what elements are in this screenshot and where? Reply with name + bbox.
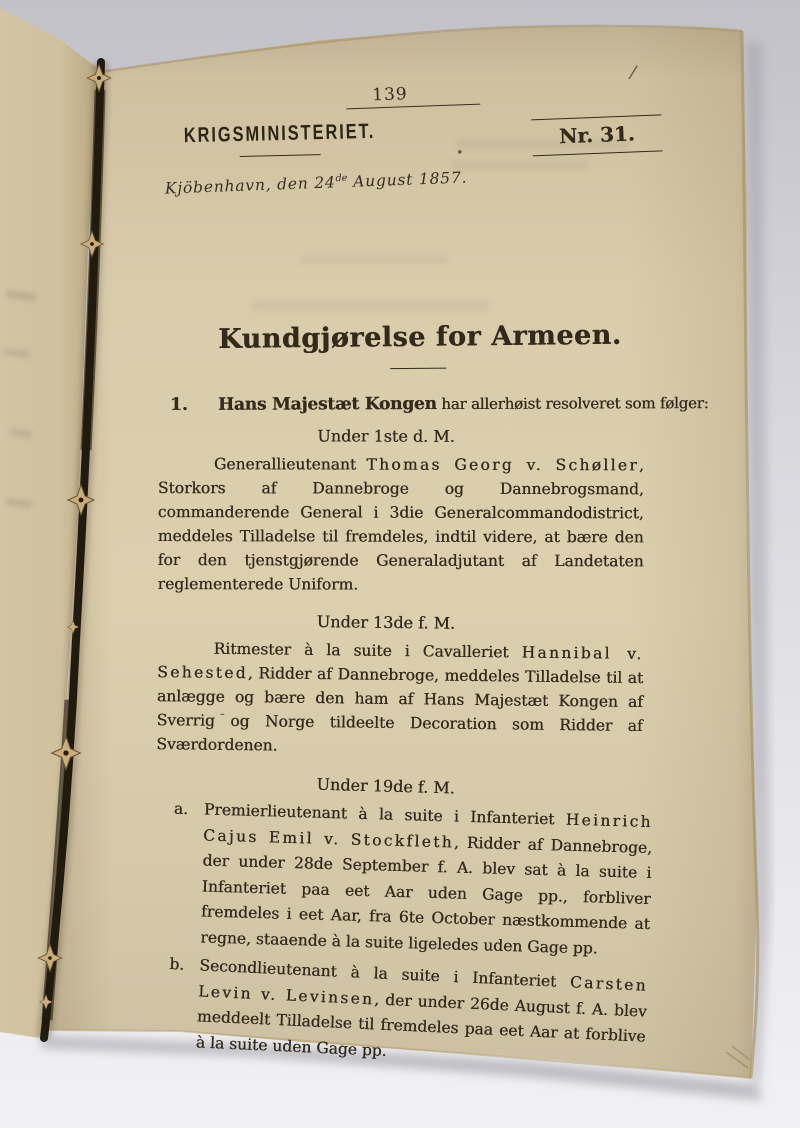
item-text: Secondlieutenant à la suite i Infanterie… — [195, 954, 656, 1077]
issue-number: Nr. 31. — [531, 114, 662, 156]
intro-number: 1. — [170, 395, 218, 415]
intro-text: Hans Majestæt Kongen har allerhøist reso… — [218, 393, 709, 415]
ministry-rule — [239, 154, 320, 157]
text-segment: har allerhøist resolveret som følger: — [437, 394, 709, 413]
announcement-section: Under 19de f. M.a.Premierlieutenant à la… — [142, 770, 662, 1067]
text-segment: Ritmester à la suite i Cavalleriet — [213, 640, 521, 662]
text-segment: Hans Majestæt Kongen — [218, 394, 437, 415]
announcement-sections: Under 1ste d. M.Generallieutenant Thomas… — [150, 426, 662, 1053]
text-segment: de — [335, 173, 347, 184]
item-text: Ritmester à la suite i Cavalleriet Hanni… — [156, 636, 651, 762]
dateline: Kjöbenhavn, den 24de August 1857. — [150, 161, 662, 198]
book-photo: 139 KRIGSMINISTERIET. Nr. 31. Kjöbenhavn… — [0, 0, 800, 1128]
text-segment: , Ridder af Dannebroge, der under 28de S… — [200, 833, 652, 957]
section-item: Generallieutenant Thomas Georg v. Schøll… — [150, 452, 662, 597]
text-segment: Thomas Georg v. Schøller — [366, 456, 639, 475]
masthead: KRIGSMINISTERIET. Nr. 31. — [150, 113, 663, 164]
ministry-name: KRIGSMINISTERIET. — [184, 120, 376, 148]
ministry-block: KRIGSMINISTERIET. — [184, 120, 376, 158]
printed-page: 139 KRIGSMINISTERIET. Nr. 31. Kjöbenhavn… — [150, 84, 662, 1053]
announcement-section: Under 1ste d. M.Generallieutenant Thomas… — [150, 426, 662, 597]
title-block: Kundgjørelse for Armeen. — [150, 319, 662, 371]
item-text: Premierlieutenant à la suite i Infanteri… — [200, 798, 661, 964]
page-number: 139 — [346, 82, 480, 110]
item-text: Generallieutenant Thomas Georg v. Schøll… — [158, 452, 652, 597]
text-segment: , Storkors af Dannebroge og Dannebrogsma… — [158, 456, 644, 593]
text-segment: Premierlieutenant à la suite i Infanteri… — [204, 801, 566, 829]
announcement-section: Under 13de f. M.Ritmester à la suite i C… — [148, 610, 662, 762]
text-segment: August 1857. — [347, 169, 467, 191]
section-item: a.Premierlieutenant à la suite i Infante… — [145, 796, 661, 963]
item-label: a. — [170, 797, 204, 951]
intro-line: 1. Hans Majestæt Kongen har allerhøist r… — [150, 393, 662, 415]
section-heading: Under 1ste d. M. — [150, 426, 622, 446]
text-segment: Kjöbenhavn, den 24 — [165, 173, 336, 197]
page-title: Kundgjørelse for Armeen. — [218, 320, 622, 355]
section-item: Ritmester à la suite i Cavalleriet Hanni… — [148, 636, 661, 762]
item-label: b. — [165, 952, 200, 1055]
text-segment: Generallieutenant — [214, 455, 366, 473]
title-rule — [390, 368, 446, 370]
section-heading: Under 13de f. M. — [150, 610, 622, 635]
